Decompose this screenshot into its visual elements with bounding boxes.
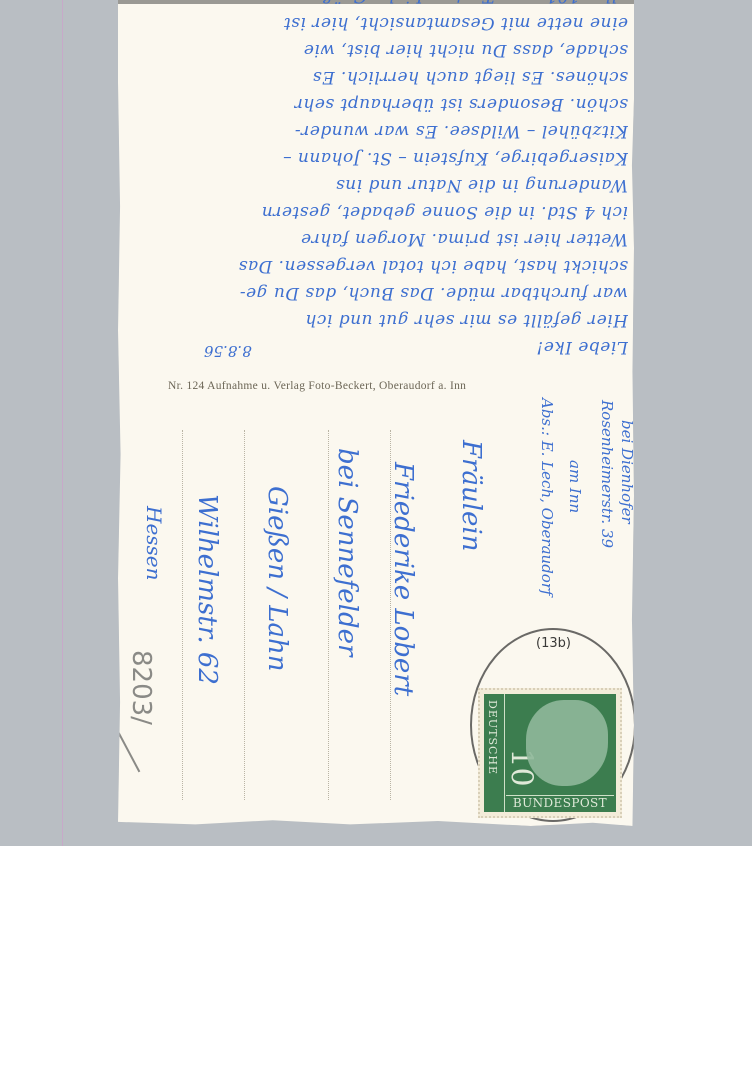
message-line: alles 101 usw. Tante – Liebe Grüße [124, 0, 628, 9]
recipient-salutation: Fräulein [456, 440, 486, 551]
margin-guide-line [62, 0, 63, 846]
stamp-portrait-icon [526, 700, 608, 786]
address-guide-line [244, 430, 245, 800]
postcard: Liebe Ike! Hier gefällt es mir sehr gut … [118, 0, 634, 826]
postage-stamp: DEUTSCHE 10 BUNDESPOST [478, 688, 622, 818]
publisher-imprint: Nr. 124 Aufnahme u. Verlag Foto-Beckert,… [168, 380, 466, 392]
recipient-name: Friederike Lobert [388, 462, 418, 696]
message-line: ich 4 Std. in die Sonne gebadet, gestern [124, 198, 628, 225]
message-line: eine nette mit Gesamtansicht, hier ist [124, 9, 628, 36]
pencil-note: 8203/ [126, 650, 156, 725]
recipient-care-of: bei Sennefelder [332, 448, 362, 656]
recipient-street: Wilhelmstr. 62 [192, 494, 222, 685]
message-line: schade, dass Du nicht hier bist, wie [124, 36, 628, 63]
message-line: schickt hast, habe ich total vergessen. … [124, 252, 628, 279]
message-line: Wanderung in die Natur und ins [124, 171, 628, 198]
stamp-face: DEUTSCHE 10 BUNDESPOST [484, 694, 616, 812]
recipient-city: Gießen / Lahn [262, 486, 292, 672]
recipient-region: Hessen [142, 506, 166, 581]
message-line: Wetter hier ist prima. Morgen fahre [124, 225, 628, 252]
address-guide-line [328, 430, 329, 800]
message-line: schönes. Es liegt auch herrlich. Es [124, 63, 628, 90]
stamp-country: DEUTSCHE [486, 700, 499, 775]
message-greeting: Liebe Ike! [124, 333, 628, 360]
message-date: 8.8.56 [204, 342, 252, 360]
message-line: Kaisergebirge, Kufstein – St. Johann – [124, 144, 628, 171]
message-line: Hier gefällt es mir sehr gut und ich [124, 306, 628, 333]
address-guide-line [182, 430, 183, 800]
sender-line: am Inn [566, 460, 584, 513]
message-line: schön. Besonders ist überhaupt sehr [124, 90, 628, 117]
sender-line: Rosenheimerstr. 39 [598, 400, 616, 548]
handwritten-message: Liebe Ike! Hier gefällt es mir sehr gut … [124, 4, 628, 360]
message-line: Kitzbühel – Wildsee. Es war wunder- [124, 117, 628, 144]
stamp-issuer: BUNDESPOST [506, 795, 614, 810]
sender-line: Abs.: E. Lech, Oberaudorf [538, 398, 556, 596]
message-line: war furchtbar müde. Das Buch, das Du ge- [124, 279, 628, 306]
postmark-text: (13b) [536, 636, 571, 651]
